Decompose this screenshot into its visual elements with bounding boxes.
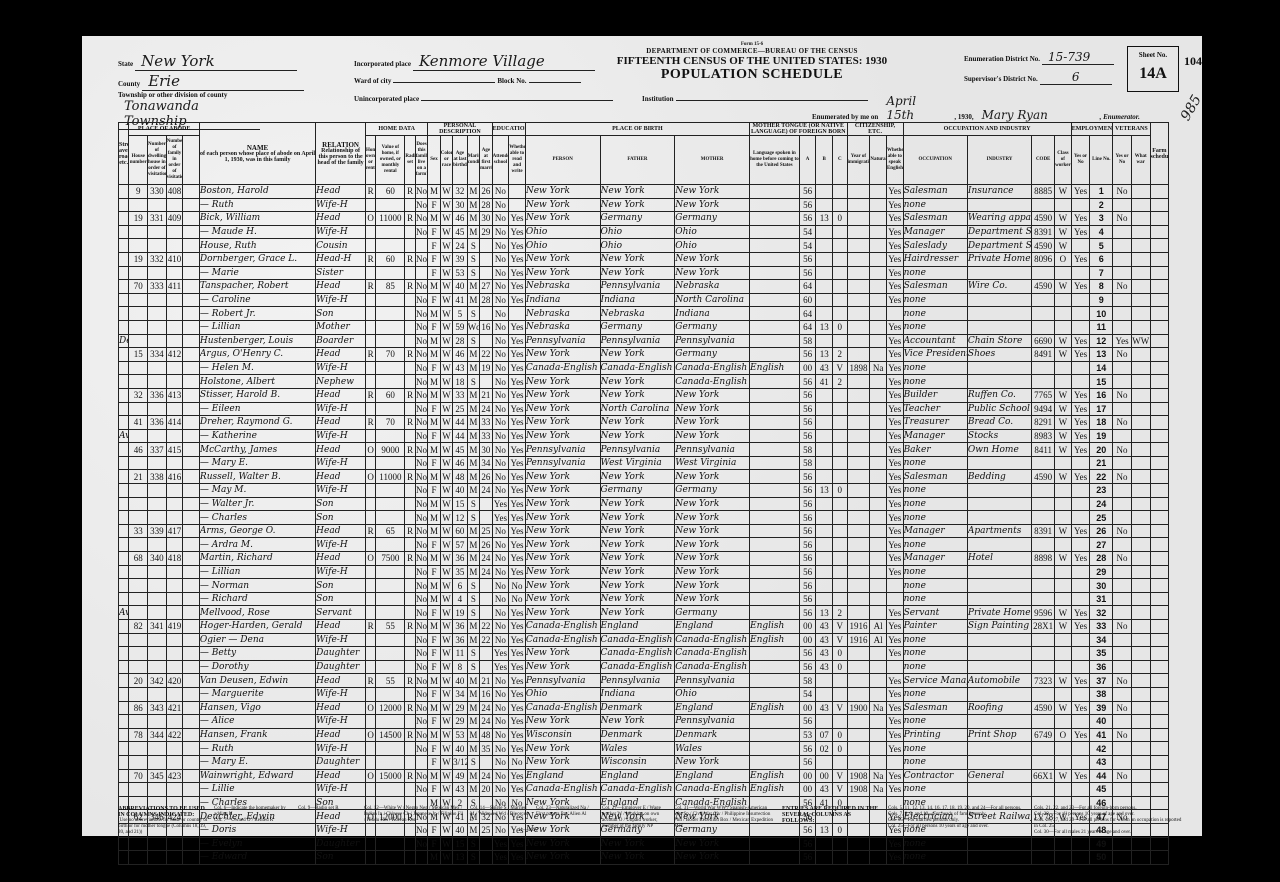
cell-ind <box>967 715 1031 729</box>
year: , 1930, <box>954 113 973 121</box>
cell-street <box>119 212 129 226</box>
cell-cc <box>833 416 848 430</box>
cell-race: W <box>440 565 452 579</box>
table-row: 9330408Boston, HaroldHeadR60RNoMW32M26No… <box>119 185 1182 199</box>
cell-read: Yes <box>509 701 526 715</box>
cell-cb <box>816 307 833 321</box>
cell-radio <box>405 837 415 851</box>
cell-mb: New York <box>675 552 750 566</box>
cell-val <box>376 660 405 674</box>
cell-radio: R <box>405 443 415 457</box>
cell-nat <box>870 837 887 851</box>
cell-war <box>1131 592 1150 606</box>
cell-radio <box>405 592 415 606</box>
cell-age: 6 <box>453 579 468 593</box>
cell-street <box>119 225 129 239</box>
cell-code: 8411 <box>1032 443 1055 457</box>
unincorporated-value <box>421 100 613 101</box>
farm-schedule-cell <box>1150 348 1169 362</box>
cell-vet <box>1113 429 1132 443</box>
cell-ind <box>967 633 1031 647</box>
cell-ind <box>967 755 1031 769</box>
cell-radio: R <box>405 280 415 294</box>
cell-cls: W <box>1055 769 1072 783</box>
cell-cb <box>816 687 833 701</box>
cell-code <box>1032 592 1055 606</box>
cell-street <box>119 592 129 606</box>
cell-ca: 56 <box>799 375 816 389</box>
cell-occ: none <box>903 687 967 701</box>
cell-mb: Pennsylvania <box>675 443 750 457</box>
cell-agem <box>480 252 492 266</box>
abbrev-col14: Col. 14—Single S / Married M / Widowed W… <box>470 806 530 824</box>
cell-code <box>1032 851 1055 865</box>
cell-race: W <box>440 239 452 253</box>
cell-radio <box>405 742 415 756</box>
cell-work: Yes <box>1071 728 1090 742</box>
cell-pb: New York <box>525 266 600 280</box>
farm-schedule-cell <box>1150 851 1169 865</box>
table-row: — LillianMotherNoFW59Wd16NoYesNebraskaGe… <box>119 320 1182 334</box>
cell-fam <box>166 851 183 865</box>
cell-race: W <box>440 429 452 443</box>
cell-radio: R <box>405 552 415 566</box>
cell-cc: V <box>833 361 848 375</box>
cell-race: W <box>440 728 452 742</box>
value-header: Value of home, if owned, or monthly rent… <box>376 136 405 185</box>
cell-street <box>119 443 129 457</box>
cell-agem: 26 <box>480 470 492 484</box>
table-row: DelawareHustenberger, LouisBoarderNoMW28… <box>119 334 1182 348</box>
cell-name: Arms, George O. <box>199 524 315 538</box>
farm-schedule-cell <box>1150 511 1169 525</box>
cell-pb: New York <box>525 715 600 729</box>
cell-radio <box>405 851 415 865</box>
cell-cc: 0 <box>833 484 848 498</box>
sheet-value: 14A <box>1128 65 1178 83</box>
cell-cls <box>1055 837 1072 851</box>
farm-schedule-cell <box>1150 361 1169 375</box>
cell-dwell: 337 <box>148 443 167 457</box>
cell-ca: 56 <box>799 212 816 226</box>
cell-imm <box>847 348 870 362</box>
cell-cc <box>833 511 848 525</box>
cell-eng: Yes <box>886 647 903 661</box>
cell-cc <box>833 674 848 688</box>
cell-pb: Nebraska <box>525 280 600 294</box>
cell-age: 34 <box>453 687 468 701</box>
cell-ca: 56 <box>799 579 816 593</box>
cell-sex: M <box>428 524 440 538</box>
cell-cls <box>1055 742 1072 756</box>
cell-lang <box>750 348 800 362</box>
cell-eng: Yes <box>886 375 903 389</box>
cell-mb: New York <box>675 592 750 606</box>
cell-race: W <box>440 307 452 321</box>
cell-agem: 29 <box>480 225 492 239</box>
cell-radio: R <box>405 524 415 538</box>
cell-sch: Yes <box>492 851 509 865</box>
cell-ind: Ruffen Co. <box>967 388 1031 402</box>
cell-code <box>1032 320 1055 334</box>
blank-cell <box>183 511 200 525</box>
cell-age: 40 <box>453 742 468 756</box>
cell-agem: 19 <box>480 361 492 375</box>
cell-read: Yes <box>509 742 526 756</box>
cell-lang <box>750 252 800 266</box>
cell-eng: Yes <box>886 524 903 538</box>
cell-read: Yes <box>509 239 526 253</box>
line-number-right: 31 <box>1090 592 1113 606</box>
cell-sex: M <box>428 592 440 606</box>
cell-occ: Accountant <box>903 334 967 348</box>
cell-eng: Yes <box>886 497 903 511</box>
cell-own: O <box>365 552 375 566</box>
cell-house <box>129 579 148 593</box>
cell-age: 39 <box>453 252 468 266</box>
cell-war <box>1131 728 1150 742</box>
table-row: 86343421Hansen, VigoHeadO12000RNoMW29M24… <box>119 701 1182 715</box>
cell-imm <box>847 456 870 470</box>
supervisor-value: 6 <box>1040 70 1112 85</box>
cell-eng: Yes <box>886 443 903 457</box>
cell-ca: 58 <box>799 456 816 470</box>
cell-fb: Ohio <box>600 239 675 253</box>
cell-age: 29 <box>453 701 468 715</box>
cell-dwell: 344 <box>148 728 167 742</box>
cell-ind: Roofing <box>967 701 1031 715</box>
cell-cls <box>1055 579 1072 593</box>
cell-house <box>129 375 148 389</box>
line-number-right: 8 <box>1090 280 1113 294</box>
cell-mb: New York <box>675 497 750 511</box>
cell-imm <box>847 484 870 498</box>
cell-occ: none <box>903 592 967 606</box>
house-header: House number <box>129 136 148 185</box>
cell-war <box>1131 252 1150 266</box>
cell-sex: F <box>428 660 440 674</box>
age-marriage-header: Age at first marriage <box>480 136 492 185</box>
cell-code: 4590 <box>1032 280 1055 294</box>
cell-sch: No <box>492 198 509 212</box>
cell-fb: New York <box>600 552 675 566</box>
cell-fam: 423 <box>166 769 183 783</box>
cell-pb: Indiana <box>525 293 600 307</box>
cell-fb: New York <box>600 511 675 525</box>
cell-eng: Yes <box>886 769 903 783</box>
cell-house <box>129 497 148 511</box>
cell-agem: 27 <box>480 280 492 294</box>
cell-agem <box>480 307 492 321</box>
cell-age: 40 <box>453 280 468 294</box>
cell-fam <box>166 755 183 769</box>
cell-street <box>119 416 129 430</box>
cell-read: Yes <box>509 497 526 511</box>
cell-ca: 56 <box>799 497 816 511</box>
cell-cc <box>833 266 848 280</box>
incorporated-value: Kenmore Village <box>413 52 595 71</box>
cell-rel: Head <box>316 701 366 715</box>
cell-sch: No <box>492 755 509 769</box>
cell-val: 9000 <box>376 443 405 457</box>
cell-own: O <box>365 443 375 457</box>
cell-sch: No <box>492 225 509 239</box>
code-b-header: B <box>816 136 833 185</box>
unincorporated-field: Unincorporated place <box>354 94 613 103</box>
cell-sex: M <box>428 280 440 294</box>
cell-val <box>376 361 405 375</box>
cell-rel: Wife-H <box>316 456 366 470</box>
cell-sex: M <box>428 307 440 321</box>
cell-eng: Yes <box>886 185 903 199</box>
cell-vet: No <box>1113 524 1132 538</box>
cell-work <box>1071 320 1090 334</box>
cell-eng: Yes <box>886 416 903 430</box>
cell-pb: New York <box>525 185 600 199</box>
cell-own <box>365 484 375 498</box>
cell-cls <box>1055 320 1072 334</box>
farm-schedule-cell <box>1150 620 1169 634</box>
cell-cc <box>833 470 848 484</box>
cell-vet: No <box>1113 388 1132 402</box>
age-header: Age at last birthday <box>453 136 468 185</box>
cell-occ: none <box>903 511 967 525</box>
cell-ind <box>967 293 1031 307</box>
table-row: 19332410Dornberger, Grace L.Head-HR60RNo… <box>119 252 1182 266</box>
cell-house <box>129 456 148 470</box>
cell-name: — Betty <box>199 647 315 661</box>
cell-war <box>1131 388 1150 402</box>
cell-read: Yes <box>509 443 526 457</box>
cell-read: Yes <box>509 633 526 647</box>
cell-cls <box>1055 592 1072 606</box>
cell-occ: Builder <box>903 388 967 402</box>
cell-sex: F <box>428 687 440 701</box>
cell-work <box>1071 293 1090 307</box>
cell-fb: New York <box>600 416 675 430</box>
cell-race: W <box>440 851 452 865</box>
cell-vet: No <box>1113 728 1132 742</box>
cell-rel: Head-H <box>316 252 366 266</box>
cell-lang <box>750 484 800 498</box>
cell-occ: none <box>903 742 967 756</box>
cell-eng: Yes <box>886 742 903 756</box>
blank-cell <box>183 742 200 756</box>
cell-radio <box>405 239 415 253</box>
cell-imm <box>847 552 870 566</box>
cell-cls <box>1055 565 1072 579</box>
cell-imm: 1900 <box>847 701 870 715</box>
cell-lang <box>750 565 800 579</box>
cell-dwell <box>148 239 167 253</box>
cell-farm: No <box>415 511 428 525</box>
cell-fam <box>166 484 183 498</box>
cell-val: 7500 <box>376 552 405 566</box>
table-row: 33339417Arms, George O.HeadR65RNoMW60M25… <box>119 524 1182 538</box>
cell-farm: No <box>415 307 428 321</box>
cell-lang: English <box>750 769 800 783</box>
farm-schedule-cell <box>1150 484 1169 498</box>
school-header: Attended school <box>492 136 509 185</box>
blank-cell <box>183 565 200 579</box>
cell-sex: F <box>428 755 440 769</box>
cell-age: 41 <box>453 293 468 307</box>
cell-sch: No <box>492 252 509 266</box>
farm-schedule-cell <box>1150 565 1169 579</box>
abbrev-col23: Col. 23—Naturalized Na / First papers Pa… <box>536 806 596 818</box>
cell-code: 8885 <box>1032 185 1055 199</box>
cell-dwell <box>148 660 167 674</box>
cell-street <box>119 402 129 416</box>
cell-pb: New York <box>525 592 600 606</box>
cell-own <box>365 198 375 212</box>
cell-ind: Bread Co. <box>967 416 1031 430</box>
cell-code <box>1032 497 1055 511</box>
cell-lang <box>750 429 800 443</box>
cell-dwell <box>148 837 167 851</box>
cell-own <box>365 375 375 389</box>
cell-race: W <box>440 334 452 348</box>
cell-house <box>129 307 148 321</box>
cell-street <box>119 633 129 647</box>
cell-sch: No <box>492 715 509 729</box>
cell-race: W <box>440 579 452 593</box>
cell-agem: 26 <box>480 185 492 199</box>
cell-age: 36 <box>453 552 468 566</box>
cell-sex: F <box>428 715 440 729</box>
cell-agem: 21 <box>480 674 492 688</box>
cell-pb: New York <box>525 429 600 443</box>
cell-ca: 56 <box>799 416 816 430</box>
cell-nat <box>870 497 887 511</box>
cell-house: 82 <box>129 620 148 634</box>
cell-mb: New York <box>675 565 750 579</box>
blank-cell <box>183 592 200 606</box>
cell-fam: 408 <box>166 185 183 199</box>
line-number-right: 20 <box>1090 443 1113 457</box>
cell-val: 70 <box>376 348 405 362</box>
cell-street <box>119 239 129 253</box>
cell-lang <box>750 742 800 756</box>
cell-house <box>129 402 148 416</box>
cell-vet <box>1113 198 1132 212</box>
cell-agem: 33 <box>480 429 492 443</box>
state-field: State New York <box>118 52 297 71</box>
cell-own <box>365 687 375 701</box>
cell-imm <box>847 443 870 457</box>
cell-rel: Head <box>316 388 366 402</box>
cell-name: — Lillian <box>199 565 315 579</box>
cell-vet <box>1113 320 1132 334</box>
family-header: Number of family in order of visitation <box>166 136 183 185</box>
cell-own <box>365 225 375 239</box>
census-rows: 9330408Boston, HaroldHeadR60RNoMW32M26No… <box>119 185 1182 865</box>
cell-cc <box>833 443 848 457</box>
cell-war <box>1131 606 1150 620</box>
cell-sex: F <box>428 239 440 253</box>
line-number-right: 49 <box>1090 837 1113 851</box>
cell-fb: Indiana <box>600 687 675 701</box>
cell-ca: 54 <box>799 687 816 701</box>
cell-work: Yes <box>1071 674 1090 688</box>
cell-own: R <box>365 674 375 688</box>
line-number-right: 2 <box>1090 198 1113 212</box>
cell-own <box>365 293 375 307</box>
cell-read: Yes <box>509 266 526 280</box>
cell-cb <box>816 674 833 688</box>
cell-war <box>1131 212 1150 226</box>
cell-work: Yes <box>1071 429 1090 443</box>
cell-sex: M <box>428 185 440 199</box>
cell-code: 7323 <box>1032 674 1055 688</box>
cell-nat <box>870 524 887 538</box>
line-number-right: 9 <box>1090 293 1113 307</box>
cell-house <box>129 266 148 280</box>
cell-fam: 421 <box>166 701 183 715</box>
cell-fam <box>166 538 183 552</box>
cell-eng <box>886 592 903 606</box>
cell-ca: 64 <box>799 307 816 321</box>
cell-sch: No <box>492 470 509 484</box>
cell-eng: Yes <box>886 348 903 362</box>
cell-ca: 54 <box>799 239 816 253</box>
cell-house <box>129 565 148 579</box>
cell-vet: No <box>1113 769 1132 783</box>
cell-farm: No <box>415 293 428 307</box>
cell-eng <box>886 660 903 674</box>
cell-work: Yes <box>1071 334 1090 348</box>
cell-sch: No <box>492 565 509 579</box>
worker-class-header: Class of worker <box>1055 136 1072 185</box>
cell-race: W <box>440 524 452 538</box>
table-row: — BettyDaughterNoFW11SYesYesNew YorkCana… <box>119 647 1182 661</box>
cell-street <box>119 266 129 280</box>
line-number-right: 6 <box>1090 252 1113 266</box>
cell-ind <box>967 837 1031 851</box>
cell-work <box>1071 592 1090 606</box>
cell-work: Yes <box>1071 185 1090 199</box>
cell-read: Yes <box>509 429 526 443</box>
cell-war <box>1131 701 1150 715</box>
cell-war <box>1131 755 1150 769</box>
cell-vet: No <box>1113 348 1132 362</box>
cell-age: 30 <box>453 198 468 212</box>
cell-occ: Vice President <box>903 348 967 362</box>
cell-mar: S <box>467 307 479 321</box>
cell-fb: New York <box>600 470 675 484</box>
personal-group-header: PERSONAL DESCRIPTION <box>428 123 492 136</box>
cell-radio <box>405 293 415 307</box>
cell-cb: 13 <box>816 348 833 362</box>
cell-val <box>376 606 405 620</box>
cell-mb: Nebraska <box>675 280 750 294</box>
cell-sch: No <box>492 334 509 348</box>
cell-lang <box>750 524 800 538</box>
cell-street <box>119 837 129 851</box>
cell-rel: Boarder <box>316 334 366 348</box>
table-row: — Robert Jr.SonNoMW5SNoNebraskaNebraskaI… <box>119 307 1182 321</box>
farm-schedule-cell <box>1150 592 1169 606</box>
cell-read <box>509 307 526 321</box>
cell-name: Argus, O'Henry C. <box>199 348 315 362</box>
cell-fb: New York <box>600 579 675 593</box>
cell-own: R <box>365 185 375 199</box>
cell-mb: New York <box>675 851 750 865</box>
cell-pb: Pennsylvania <box>525 443 600 457</box>
cell-code: 7765 <box>1032 388 1055 402</box>
cell-imm <box>847 185 870 199</box>
dwelling-header: Number of dwelling house in order of vis… <box>148 136 167 185</box>
